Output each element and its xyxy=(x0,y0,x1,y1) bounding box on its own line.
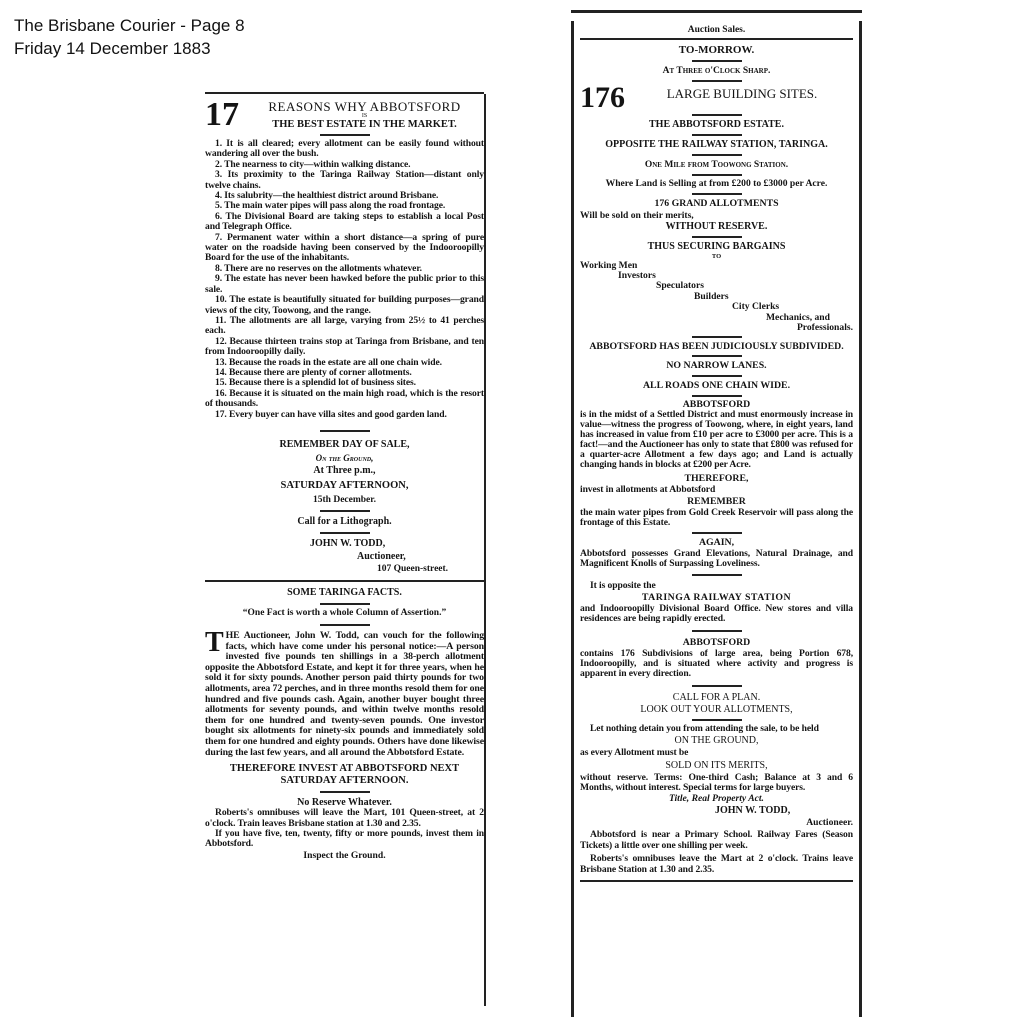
divider xyxy=(692,174,742,176)
bottom-rule xyxy=(580,880,853,882)
remember-day: REMEMBER DAY OF SALE, xyxy=(205,438,484,452)
reason-item: 17. Every buyer can have villa sites and… xyxy=(205,410,484,420)
therefore-invest: THEREFORE INVEST AT ABBOTSFORD NEXT SATU… xyxy=(205,763,484,787)
invest-line: invest in allotments at Abbotsford xyxy=(580,485,853,495)
reason-item: 6. The Divisional Board are taking steps… xyxy=(205,212,484,233)
on-the-ground: ON THE GROUND, xyxy=(580,734,853,748)
reason-item: 1. It is all cleared; every allotment ca… xyxy=(205,139,484,160)
call-for-plan: CALL FOR A PLAN. xyxy=(580,692,853,704)
midst-paragraph: is in the midst of a Settled District an… xyxy=(580,410,853,470)
opposite-station: OPPOSITE THE RAILWAY STATION, TARINGA. xyxy=(580,139,853,151)
school-paragraph: Abbotsford is near a Primary School. Rai… xyxy=(580,830,853,851)
terms-paragraph: without reserve. Terms: One-third Cash; … xyxy=(580,773,853,794)
divider xyxy=(320,791,370,793)
auctioneer-title: Auctioneer. xyxy=(580,817,853,828)
auctioneer-address: 107 Queen-street. xyxy=(205,563,484,576)
office-paragraph: and Indooroopilly Divisional Board Offic… xyxy=(580,604,853,625)
auctioneer-name: JOHN W. TODD, xyxy=(580,805,853,817)
divider xyxy=(692,719,742,721)
buyer-item: Investors xyxy=(580,271,853,281)
abbotsford-heading-2: ABBOTSFORD xyxy=(580,637,853,649)
bargains: THUS SECURING BARGAINS xyxy=(580,241,853,253)
big-number: 17 xyxy=(205,100,239,130)
big-number: 176 xyxy=(580,85,625,111)
divider xyxy=(692,134,742,136)
divider xyxy=(320,603,370,605)
advert-heading: 17 REASONS WHY ABBOTSFORD IS THE BEST ES… xyxy=(205,100,484,131)
look-out: LOOK OUT YOUR ALLOTMENTS, xyxy=(580,704,853,716)
drop-cap: T xyxy=(205,631,224,655)
section-rule xyxy=(580,38,853,40)
divider xyxy=(692,154,742,156)
reason-item: 10. The estate is beautifully situated f… xyxy=(205,295,484,316)
reason-item: 7. Permanent water within a short distan… xyxy=(205,233,484,264)
auction-sales-advert: Auction Sales. TO-MORROW. At Three o'Clo… xyxy=(571,10,862,1017)
heading-line1: REASONS WHY ABBOTSFORD xyxy=(205,100,484,113)
sale-time: At Three p.m., xyxy=(205,464,484,478)
sale-date: 15th December. xyxy=(205,493,484,507)
three-oclock: At Three o'Clock Sharp. xyxy=(580,65,853,77)
divider xyxy=(320,532,370,534)
reason-item: 3. Its proximity to the Taringa Railway … xyxy=(205,170,484,191)
divider xyxy=(692,375,742,377)
buyers-list: Working MenInvestorsSpeculatorsBuildersC… xyxy=(580,261,853,334)
reason-item: 16. Because it is situated on the main h… xyxy=(205,389,484,410)
sold-on-merits: SOLD ON ITS MERITS, xyxy=(580,759,853,773)
advert-box: Auction Sales. TO-MORROW. At Three o'Clo… xyxy=(571,21,862,1017)
without-reserve: WITHOUT RESERVE. xyxy=(580,221,853,233)
merits: Will be sold on their merits, xyxy=(580,210,853,221)
tomorrow: TO-MORROW. xyxy=(580,44,853,57)
every-allotment: as every Allotment must be xyxy=(580,748,853,758)
divider xyxy=(692,80,742,82)
divider xyxy=(692,395,742,397)
facts-title: SOME TARINGA FACTS. xyxy=(205,586,484,600)
divider xyxy=(692,532,742,534)
on-ground: On the Ground, xyxy=(205,452,484,464)
page-caption: The Brisbane Courier - Page 8 Friday 14 … xyxy=(14,14,245,60)
omnibus-note: Roberts's omnibuses will leave the Mart,… xyxy=(205,808,484,829)
divider xyxy=(692,574,742,576)
again: AGAIN, xyxy=(580,537,853,549)
divider xyxy=(320,134,370,136)
divider xyxy=(692,193,742,195)
opposite-the: It is opposite the xyxy=(580,581,853,591)
caption-title: The Brisbane Courier - Page 8 xyxy=(14,14,245,37)
no-narrow-lanes: NO NARROW LANES. xyxy=(580,360,853,372)
divider xyxy=(320,430,370,432)
heading-line2: THE BEST ESTATE IN THE MARKET. xyxy=(205,119,484,131)
abbotsford-reasons-advert: 17 REASONS WHY ABBOTSFORD IS THE BEST ES… xyxy=(205,92,484,1006)
reason-item: 11. The allotments are all large, varyin… xyxy=(205,316,484,337)
subdivided: ABBOTSFORD HAS BEEN JUDICIOUSLY SUBDIVID… xyxy=(580,341,853,352)
sale-day: SATURDAY AFTERNOON, xyxy=(205,478,484,493)
facts-body: THE Auctioneer, John W. Todd, can vouch … xyxy=(205,631,484,758)
divider xyxy=(320,624,370,626)
invest-note: If you have five, ten, twenty, fifty or … xyxy=(205,829,484,850)
title-act: Title, Real Property Act. xyxy=(580,793,853,805)
divider xyxy=(692,236,742,238)
inspect-ground: Inspect the Ground. xyxy=(205,850,484,861)
elevations-paragraph: Abbotsford possesses Grand Elevations, N… xyxy=(580,549,853,570)
section-rule xyxy=(205,580,484,582)
land-price: Where Land is Selling at from £200 to £3… xyxy=(580,179,853,190)
auctioneer-title: Auctioneer, xyxy=(205,550,484,563)
auctioneer-name: JOHN W. TODD, xyxy=(205,537,484,550)
caption-date: Friday 14 December 1883 xyxy=(14,37,245,60)
divider xyxy=(692,630,742,632)
reason-item: 12. Because thirteen trains stop at Tari… xyxy=(205,337,484,358)
estate-name: THE ABBOTSFORD ESTATE. xyxy=(580,119,853,131)
detain-paragraph: Let nothing detain you from attending th… xyxy=(580,724,853,734)
facts-quote: “One Fact is worth a whole Column of Ass… xyxy=(205,608,484,619)
divider xyxy=(692,114,742,116)
railway-station: TARINGA RAILWAY STATION xyxy=(580,592,853,604)
one-mile: One Mile from Toowong Station. xyxy=(580,159,853,171)
divider xyxy=(320,510,370,512)
section-title: Auction Sales. xyxy=(580,23,853,37)
roads-wide: ALL ROADS ONE CHAIN WIDE. xyxy=(580,380,853,392)
buyer-item: Professionals. xyxy=(580,323,853,333)
reason-item: 9. The estate has never been hawked befo… xyxy=(205,274,484,295)
lithograph-note: Call for a Lithograph. xyxy=(205,515,484,529)
grand-allotments: 176 GRAND ALLOTMENTS xyxy=(580,198,853,210)
reasons-list: 1. It is all cleared; every allotment ca… xyxy=(205,139,484,420)
remember: REMEMBER xyxy=(580,496,853,508)
divider xyxy=(692,685,742,687)
buyer-item: City Clerks xyxy=(580,302,853,312)
divider xyxy=(692,336,742,338)
divider xyxy=(692,355,742,357)
omnibus-paragraph: Roberts's omnibuses leave the Mart at 2 … xyxy=(580,854,853,875)
divider xyxy=(692,60,742,62)
buyer-item: Builders xyxy=(580,292,853,302)
sites-heading: 176 LARGE BUILDING SITES. xyxy=(580,85,853,111)
contains-paragraph: contains 176 Subdivisions of large area,… xyxy=(580,649,853,680)
pipes-paragraph: the main water pipes from Gold Creek Res… xyxy=(580,508,853,529)
